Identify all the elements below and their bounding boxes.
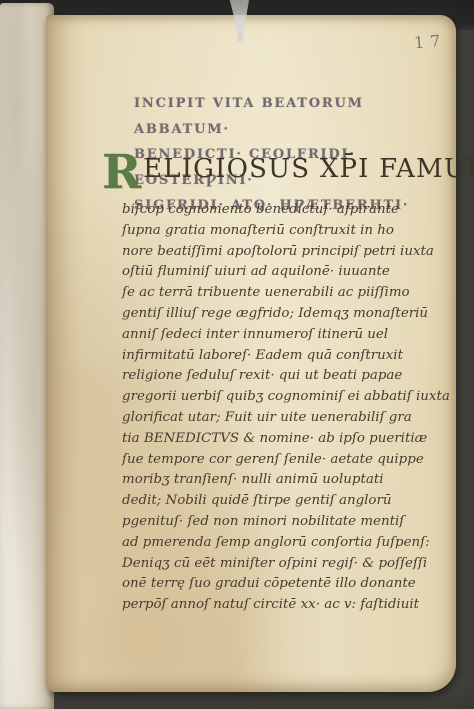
text-line: perpōſ annoſ natuſ circitē xx· ac v: faſ… xyxy=(122,595,470,616)
pencil-folio-number: 17 xyxy=(413,31,447,53)
text-line: pgenituſ· ſed non minori nobilitate ment… xyxy=(122,512,470,533)
text-line: religione ſeduluſ rexit· qui ut beati pa… xyxy=(122,366,470,387)
text-line: ſue tempore cor gerenſ ſenile· aetate qu… xyxy=(122,450,470,471)
manuscript-page: INCIPIT VITA BEATORUM ABBATUM· BENEDICTI… xyxy=(46,15,456,692)
text-line: anniſ ſedeci inter innumeroſ itinerū uel xyxy=(122,325,470,346)
text-line: glorificat utar; Fuit uir uite uenerabil… xyxy=(122,408,470,429)
text-line: ſe ac terrā tribuente uenerabili ac piiſ… xyxy=(122,283,470,304)
text-line: ſupna gratia monaſteriū conſtruxit in ho xyxy=(122,221,470,242)
text-line: nore beatiſſimi apoſtolorū principiſ pet… xyxy=(122,242,470,263)
manuscript-photo: { "manuscript": { "folio_number": "17", … xyxy=(0,0,474,709)
text-line: moribʒ tranſienſ· nulli animū uoluptati xyxy=(122,470,470,491)
text-line: ad pmerenda ſemp anglorū conſortia ſuſpe… xyxy=(122,533,470,554)
body-text-block: biſcop cognomento benedictuſ· aſpirante … xyxy=(122,200,470,616)
decorated-initial: R xyxy=(102,151,141,196)
text-line: oſtiū fluminiſ uiuri ad aquilonē· iuuant… xyxy=(122,262,470,283)
text-line: dedit; Nobili quidē ſtirpe gentiſ anglor… xyxy=(122,491,470,512)
text-line: onē terrę ſuo gradui cōpetentē illo dona… xyxy=(122,574,470,595)
rubric-line: INCIPIT VITA BEATORUM ABBATUM· xyxy=(134,91,434,142)
text-line: Deniqʒ cū eēt miniſter oſpini regiſ· & p… xyxy=(122,554,470,575)
text-line: infirmitatū laboreſ· Eadem quā conſtruxi… xyxy=(122,346,470,367)
text-line: gentiſ illiuſ rege ægfrido; Idemqʒ monaſ… xyxy=(122,304,470,325)
opening-display-line: R ELIGIOSUS XP̄I FAMUL xyxy=(102,151,474,196)
text-line: tia BENEDICTVS & nomine· ab ipſo pueriti… xyxy=(122,429,470,450)
display-capitals: ELIGIOSUS XP̄I FAMUL xyxy=(143,154,474,184)
text-line: biſcop cognomento benedictuſ· aſpirante xyxy=(122,200,470,221)
text-line: gregorii uerbiſ quibʒ cognominiſ ei abba… xyxy=(122,387,470,408)
